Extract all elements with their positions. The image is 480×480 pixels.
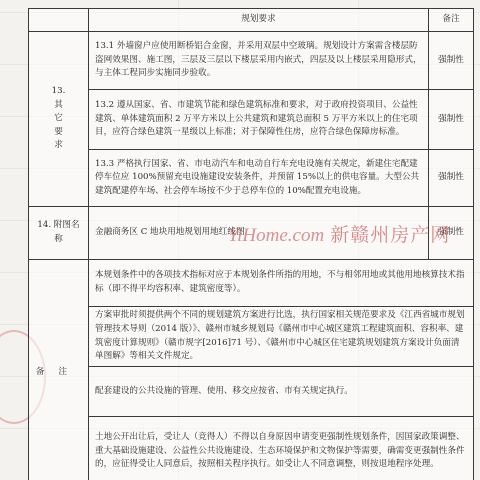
header-requirement: 规划要求 [89, 9, 429, 32]
section-14-label: 14. 附图名称 [29, 207, 89, 260]
table-row-13-1: 13. 其 它 要 求 13.1 外墙窗户应使用断桥铝合金窗，并采用双层中空玻璃… [29, 32, 474, 90]
section-13-label: 13. 其 它 要 求 [29, 32, 89, 207]
note-4: 土地公开出让后，受让人（竞得人）不得以自身原因申请变更强制性规划条件，因国家政策… [89, 417, 474, 480]
header-remark: 备注 [429, 9, 474, 32]
remark-13-3: 强制性 [429, 150, 474, 207]
requirement-13-1: 13.1 外墙窗户应使用断桥铝合金窗，并采用双层中空玻璃。规划设计方案需含楼层防… [89, 32, 429, 90]
header-blank-cell [29, 9, 89, 32]
planning-conditions-table: 规划要求 备注 13. 其 它 要 求 13.1 外墙窗户应使用断桥铝合金窗，并… [28, 8, 474, 480]
note-1: 本规划条件中的各项技术指标对应于本规划条件所指的用地，不与相邻用地或其他用地核算… [89, 260, 474, 307]
note-3: 配套建设的公共设施的管理、使用、移交应按省、市有关规定执行。 [89, 367, 474, 417]
section-13-number: 13. [35, 85, 82, 99]
remark-13-1: 强制性 [429, 32, 474, 90]
section-13-char: 求 [35, 139, 82, 153]
section-13-char: 其 [35, 99, 82, 113]
table-row-13-2: 13.2 遵从国家、省、市建筑节能和绿色建筑标准和要求，对于政府投资项目、公益性… [29, 90, 474, 150]
attached-drawing-name: 金融商务区 C 地块用地规划用地红线图 [89, 207, 429, 260]
section-13-char: 它 [35, 112, 82, 126]
remark-13-2: 强制性 [429, 90, 474, 150]
table-row-14: 14. 附图名称 金融商务区 C 地块用地规划用地红线图 强制性 [29, 207, 474, 260]
table-header-row: 规划要求 备注 [29, 9, 474, 32]
table-row-13-3: 13.3 严格执行国家、省、市电动汽车和电动自行车充电设施有关规定，新建住宅配建… [29, 150, 474, 207]
notes-row-4: 土地公开出让后，受让人（竞得人）不得以自身原因申请变更强制性规划条件，因国家政策… [29, 417, 474, 480]
notes-row-2: 方案审批时须提供两个不同的规划建筑方案进行比选，执行国家相关规范要求及《江西省城… [29, 307, 474, 367]
requirement-13-2: 13.2 遵从国家、省、市建筑节能和绿色建筑标准和要求，对于政府投资项目、公益性… [89, 90, 429, 150]
note-2: 方案审批时须提供两个不同的规划建筑方案进行比选，执行国家相关规范要求及《江西省城… [89, 307, 474, 367]
notes-row-1: 备注 本规划条件中的各项技术指标对应于本规划条件所指的用地，不与相邻用地或其他用… [29, 260, 474, 307]
section-13-char: 要 [35, 126, 82, 140]
notes-label: 备注 [29, 260, 89, 480]
remark-14: 强制性 [429, 207, 474, 260]
notes-row-3: 配套建设的公共设施的管理、使用、移交应按省、市有关规定执行。 [29, 367, 474, 417]
requirement-13-3: 13.3 严格执行国家、省、市电动汽车和电动自行车充电设施有关规定，新建住宅配建… [89, 150, 429, 207]
